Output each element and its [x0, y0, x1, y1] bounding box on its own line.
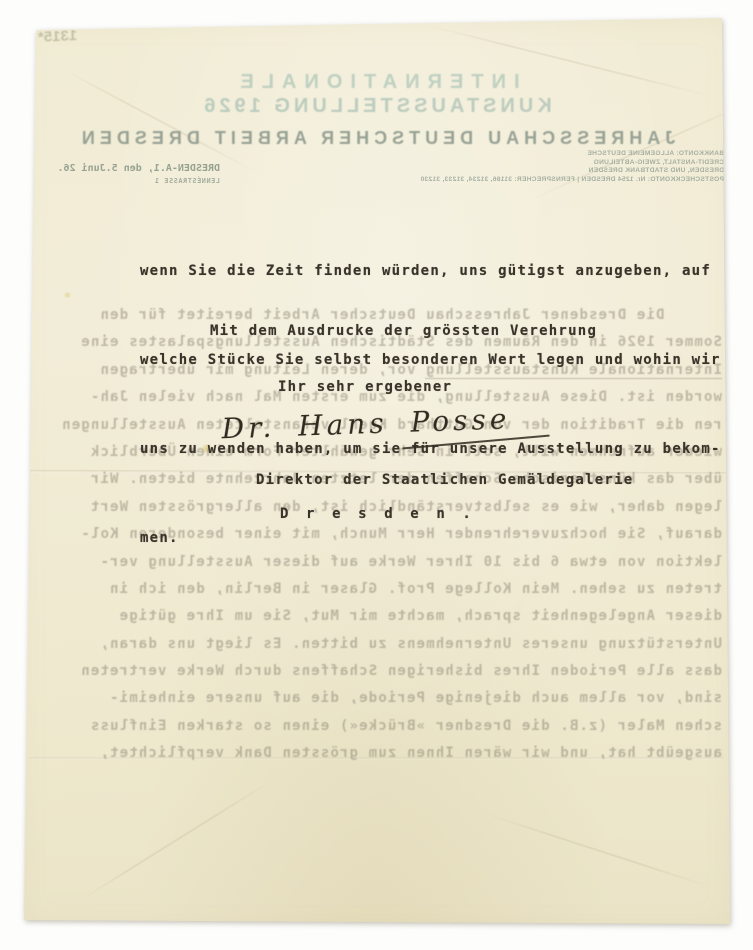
bank-line: DRESDEN, UND STADTBANK DRESDEN	[488, 167, 724, 176]
typed-paragraph-line: welche Stücke Sie selbst besonderen Wert…	[140, 346, 721, 376]
date-line: DRESDEN-A.1, den 5.Juni 26.	[34, 162, 220, 175]
bank-line: POSTSCHECKKONTO: Nr. 1254 DRESDEN | FERN…	[488, 176, 724, 185]
city-line: D r e s d e n .	[280, 506, 475, 522]
typed-paragraph-line: men.	[140, 524, 721, 554]
bank-line: CREDIT-ANSTALT, ZWEIG-ABTEILUNG	[488, 159, 724, 168]
diagonal-crease	[77, 779, 273, 903]
diagonal-crease	[486, 813, 715, 889]
letterhead: INTERNATIONALE KUNSTAUSSTELLUNG 1926 JAH…	[42, 70, 710, 153]
scanned-letter: 1315* INTERNATIONALE KUNSTAUSSTELLUNG 19…	[0, 0, 753, 950]
valediction-line: Ihr sehr ergebener	[278, 379, 452, 395]
title-line: Direktor der Staatlichen Gemäldegalerie	[256, 472, 633, 488]
street-line: LENNÉSTRASSE 1	[34, 175, 220, 188]
bleedthrough-line: dass alle Perioden Ihres bisherigen Scha…	[40, 658, 722, 685]
bank-details: BANKKONTO: ALLGEMEINE DEUTSCHE CREDIT-AN…	[488, 150, 724, 184]
letterhead-line-2: KUNSTAUSSTELLUNG 1926	[42, 94, 710, 119]
letterhead-line-3: JAHRESSCHAU DEUTSCHER ARBEIT DRESDEN	[42, 123, 710, 153]
bleedthrough-line: schen Maler (z.B. die Dresdner »Brücke«)…	[40, 713, 722, 740]
pencil-annotation: 1315*	[38, 27, 78, 46]
letterhead-line-1: INTERNATIONALE	[42, 70, 710, 94]
closing-line: Mit dem Ausdrucke der grössten Verehrung	[210, 323, 597, 339]
bleedthrough-line: Unterstützung unseres Unternehmens zu bi…	[40, 631, 722, 658]
paper-sheet: 1315* INTERNATIONALE KUNSTAUSSTELLUNG 19…	[0, 0, 753, 950]
date-block: DRESDEN-A.1, den 5.Juni 26. LENNÉSTRASSE…	[34, 162, 220, 188]
bleedthrough-line: sind, vor allem auch diejenige Periode, …	[40, 685, 722, 712]
typed-paragraph-line: wenn Sie die Zeit finden würden, uns güt…	[140, 257, 721, 287]
foxing-spot	[64, 292, 71, 298]
bleedthrough-line: ausgeübt hat, und wir wären Ihnen zum gr…	[40, 740, 722, 767]
bank-line: BANKKONTO: ALLGEMEINE DEUTSCHE	[488, 150, 724, 159]
